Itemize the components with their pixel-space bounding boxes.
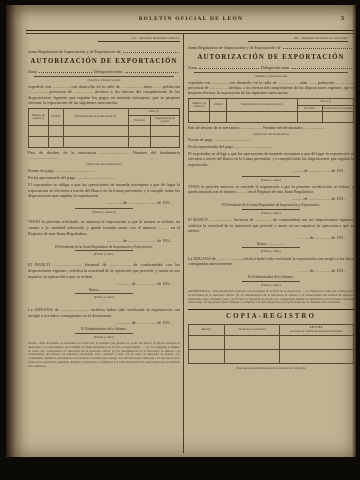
forma-pago-a: Forma de pago ..........................… [28,168,180,174]
forma-pago-b: Forma de pago ..........................… [188,137,354,142]
administrador-signature-a: El Administrador de la Aduana, (Firma y … [28,327,180,339]
col-unidad: Unidad [48,109,63,125]
zona-label: Zona [188,65,197,71]
junta-label: Junta Reguladora de Importación y de Exp… [188,45,281,51]
direccion-caption: (Dirección del destinatario) [188,132,354,136]
table-row [189,336,354,350]
razon-caption: (Nombre y Razón Social) [28,78,180,82]
blank-line [123,51,178,53]
col-numero: Número de orden (1) [29,109,49,125]
vista-paragraph-a: VISTA la petición solicitada, se autoriz… [28,219,180,236]
col-denominacion: Denominación de la mercancía (2) [226,99,297,112]
signature-line [75,333,133,334]
delegacion-label: Delegación núm. [261,65,290,71]
signature-line [242,281,300,282]
table-row [29,125,180,136]
razon-caption: (Nombre y Razón Social) [188,74,354,78]
form-copy-b: Junta Reguladora de Importación y de Exp… [188,43,354,370]
vista-paragraph-b: VISTA la petición anterior, se concede l… [188,184,354,195]
blank-line [292,67,352,69]
fecha-pago-a: Fecha aproximada del pago ..............… [28,175,180,181]
presidente-signature-b: El Presidente de la Junta Reguladora de … [188,203,354,215]
col-fecha-operacion: Fecha de la operación [225,324,279,335]
blank-line [125,71,178,73]
signature-line [242,176,300,177]
page-header: BOLETÍN OFICIAL DE LEÓN 3 [32,16,350,28]
col-pesetas: Equivalencia en pesetas [151,115,180,125]
direccion-note-a: (Dirección del destinatario) [28,162,180,166]
date-line: .......... de .................... de 19… [188,168,354,174]
zona-label: Zona [28,69,37,75]
goods-table-b: Número de orden (1) Unidad Denominación … [188,98,354,123]
signature-line [34,76,174,77]
banco-signature-b: Banco .................... (Firma y sell… [188,242,354,254]
administrador-signature-b: El Administrador de la Aduana, (Firma y … [188,275,354,287]
razon-social-a: (Nombre y Razón Social) [28,76,180,82]
copia-registro-note: (Esta copia-registro debe ponerse al dor… [188,367,354,371]
signature-line [75,293,133,294]
fecha-pago-b: Fecha aproximada del pago ..............… [188,144,354,149]
scanned-bulletin-page: { "header": { "title": "BOLETÍN OFICIAL … [0,0,360,480]
page-number: 3 [341,16,344,22]
date-line: .............. de .................. de … [28,320,180,326]
destino-line-a: País de destino de la mercancía ........… [28,150,180,161]
header-rule [26,30,354,31]
footnotes-b: ADVERTENCIA.—Esta autorización caducará … [188,290,354,305]
presidente-signature-a: El Presidente de la Junta Reguladora de … [28,245,180,257]
copia-registro-title: COPIA-REGISTRO [188,312,354,321]
destino-line-b: País de destino de la mercancía ........… [188,125,354,130]
date-line: .......... de .................... de 19… [188,196,354,202]
form-title-b: AUTORIZACIÓN DE EXPORTACIÓN [188,54,354,63]
aduana-paragraph-b: La ADUANA de ......................., ce… [188,256,354,267]
firma-rubrica-a: (Firma y rúbrica) [28,208,180,214]
copy-note-b: (B).—Ejemplar destinado al interesado. [248,36,348,42]
firma-sello-b1: (Firma y sello) [188,176,354,182]
signature-line [194,72,348,73]
date-line: .............. de ......................… [28,238,180,244]
direccion-note-b: (Dirección del destinatario) [188,132,354,136]
table-header-row: Importe Fecha de la operación FECHA de e… [189,324,354,335]
signature-line [242,209,300,210]
date-line: .............. de .................. de … [28,281,180,287]
col-cifras: En cifras [128,115,151,125]
book-spine-shadow [6,5,30,457]
col-denominacion: Denominación de la mercancía (2) [63,109,128,125]
signature-line [242,247,300,248]
form-title-a: AUTORIZACIÓN DE EXPORTACIÓN [28,58,180,67]
blank-line [39,71,92,73]
zona-line-a: Zona Delegación núm. [28,69,180,75]
signature-line [75,208,133,209]
copia-registro-table: Importe Fecha de la operación FECHA de e… [188,324,354,364]
header-rule-thin [26,33,354,34]
obligacion-paragraph-b: El exportador se obliga a que las operac… [188,151,354,167]
intro-paragraph-b: expedido con ..............., con domici… [188,80,354,96]
intro-paragraph-a: expedido con ..............., con domici… [28,84,180,106]
date-line: .............. de ......................… [28,200,180,206]
bulletin-title: BOLETÍN OFICIAL DE LEÓN [32,16,350,22]
table-row [189,350,354,364]
signature-line [75,250,133,251]
aduana-paragraph-a: La ADUANA de .......................... … [28,307,180,318]
document-page: BOLETÍN OFICIAL DE LEÓN 3 (A).—Ejemplar … [6,5,356,457]
copia-registro-rule [188,309,354,310]
banco-signature-a: Banco ...................... (Firma y se… [28,288,180,300]
col-unidad: Unidad [210,99,227,112]
obligacion-paragraph-a: El exportador se obliga a que las operac… [28,182,180,199]
copy-note-a: (A).—Ejemplar destinado al Banco. [98,36,180,42]
date-line: .......... de .............. de 193... [188,268,354,274]
banco-paragraph-a: El BANCO ........................., Sucu… [28,262,180,279]
table-row [29,136,180,147]
junta-label: Junta Reguladora de Importación y de Exp… [28,49,121,55]
goods-table-a: Número de orden (1) Unidad Denominación … [28,108,180,147]
blank-line [283,47,352,49]
delegacion-label: Delegación núm. [94,69,123,75]
junta-line-a: Junta Reguladora de Importación y de Exp… [28,49,180,55]
direccion-caption: (Dirección del destinatario) [28,162,180,166]
column-divider [183,33,184,453]
footnotes-a: NOTA.—Este documento se extenderá por tr… [28,342,180,368]
junta-line-b: Junta Reguladora de Importación y de Exp… [188,45,354,51]
date-line: .......... de .............. de 193... [188,235,354,241]
blank-line [199,67,259,69]
col-numero: Número de orden (1) [189,99,210,112]
col-fecha-envio: FECHA de envío al Comité de Moneda Extra… [279,324,353,335]
razon-social-b: (Nombre y Razón Social) [188,72,354,78]
table-row [189,111,354,122]
form-copy-a: Junta Reguladora de Importación y de Exp… [28,47,180,368]
col-importe: Importe [189,324,225,335]
banco-paragraph-b: El BANCO ....................., Sucursal… [188,217,354,233]
zona-line-b: Zona Delegación núm. [188,65,354,71]
